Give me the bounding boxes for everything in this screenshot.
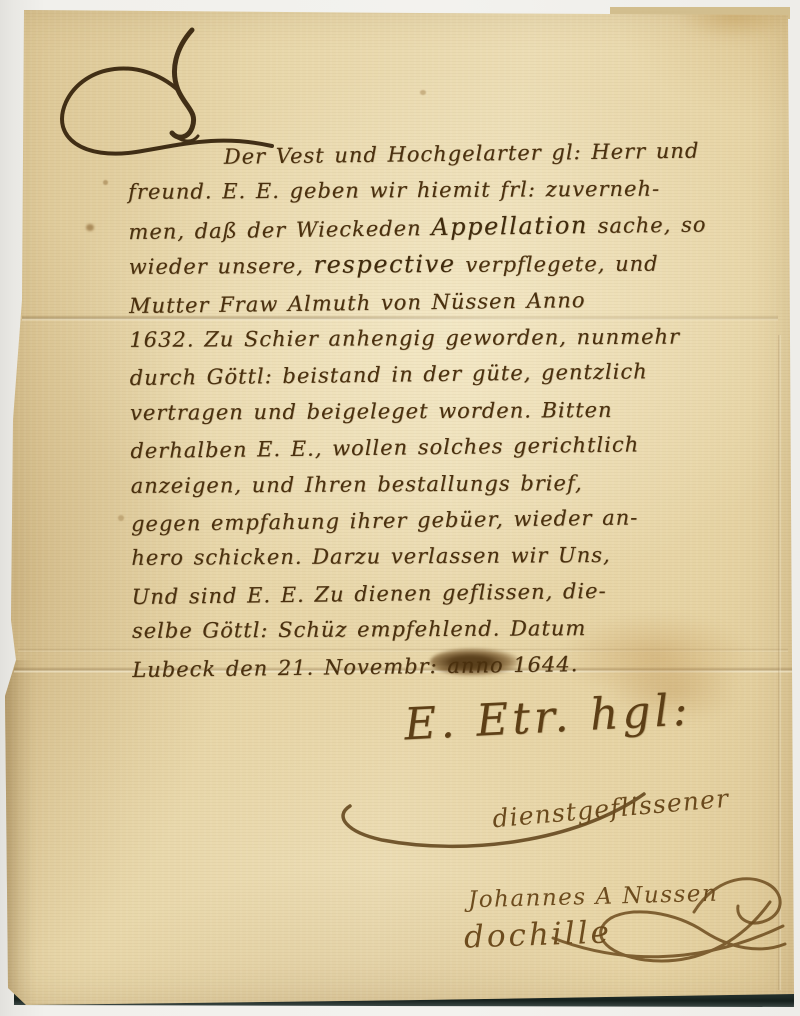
closing-devotion: dienstgeflissener xyxy=(491,784,730,834)
fold-flap-shading xyxy=(5,660,35,1006)
latin-word: respective xyxy=(313,250,455,279)
letter-line-text: vertragen und beigeleget worden. Bitten xyxy=(130,398,613,425)
letter-line-text: Der Vest und Hochgelarter gl: Herr und xyxy=(224,139,700,169)
signature-name: Johannes A Nussen xyxy=(468,881,719,914)
letter-line-text: 1632. Zu Schier anhengig geworden, nunme… xyxy=(129,325,680,352)
letter-line-text: men, daß der Wieckeden xyxy=(128,216,431,244)
letter-line: vertragen und beigeleget worden. Bitten xyxy=(130,391,750,431)
letter-line: hero schicken. Darzu verlassen wir Uns, xyxy=(131,537,751,577)
foxing-spot xyxy=(420,90,426,95)
letter-line-text: anzeigen, und Ihren bestallungs brief, xyxy=(131,471,583,498)
letter-line: durch Göttl: beistand in der güte, gentz… xyxy=(129,352,749,397)
latin-word: Appellation xyxy=(431,211,588,241)
letter-line: selbe Göttl: Schüz empfehlend. Datum xyxy=(132,609,752,649)
letter-line-text: hero schicken. Darzu verlassen wir Uns, xyxy=(131,543,611,570)
foxing-spot xyxy=(86,224,94,231)
foxing-spot xyxy=(103,180,108,185)
letter-line: freund. E. E. geben wir hiemit frl: zuve… xyxy=(128,171,748,211)
letter-line: Und sind E. E. Zu dienen geflissen, die- xyxy=(131,571,751,616)
letter-line-text: sache, so xyxy=(588,212,707,238)
stain xyxy=(676,0,792,40)
vertical-fold-crease-right xyxy=(778,335,781,990)
scanned-letter: Der Vest und Hochgelarter gl: Herr und f… xyxy=(0,0,800,1016)
letter-line: wieder unsere, respective verpflegete, u… xyxy=(129,244,749,285)
letter-line-text: Lubeck den 21. Novembr: anno 1644. xyxy=(132,652,578,682)
letter-line-text: gegen empfahung ihrer gebüer, wieder an- xyxy=(131,505,639,536)
letter-line-text: Und sind E. E. Zu dienen geflissen, die- xyxy=(131,579,606,609)
letter-line: men, daß der Wieckeden Appellation sache… xyxy=(128,205,748,251)
letter-line: derhalben E. E., wollen solches gerichtl… xyxy=(130,425,750,470)
letter-line: Lubeck den 21. Novembr: anno 1644. xyxy=(132,644,752,689)
letter-line-text: durch Göttl: beistand in der güte, gentz… xyxy=(130,360,648,391)
letter-line-text: wieder unsere, xyxy=(129,254,314,279)
foxing-spot xyxy=(118,515,124,521)
letter-line-text: derhalben E. E., wollen solches gerichtl… xyxy=(130,433,639,464)
letter-line-text: freund. E. E. geben wir hiemit frl: zuve… xyxy=(128,177,660,204)
letter-line-text: verpflegete, und xyxy=(456,252,659,277)
letter-line: anzeigen, und Ihren bestallungs brief, xyxy=(131,464,751,504)
signature-second-line: dochille xyxy=(463,914,612,955)
closing-salute: E. Etr. hgl: xyxy=(403,685,693,751)
letter-line-text: selbe Göttl: Schüz empfehlend. Datum xyxy=(132,616,587,643)
letter-line: Mutter Fraw Almuth von Nüssen Anno xyxy=(129,280,749,325)
closing-flourish xyxy=(326,778,656,870)
letter-body: Der Vest und Hochgelarter gl: Herr und f… xyxy=(128,133,753,686)
paper-sheet: Der Vest und Hochgelarter gl: Herr und f… xyxy=(0,0,800,1010)
letter-line-text: Mutter Fraw Almuth von Nüssen Anno xyxy=(129,288,586,318)
